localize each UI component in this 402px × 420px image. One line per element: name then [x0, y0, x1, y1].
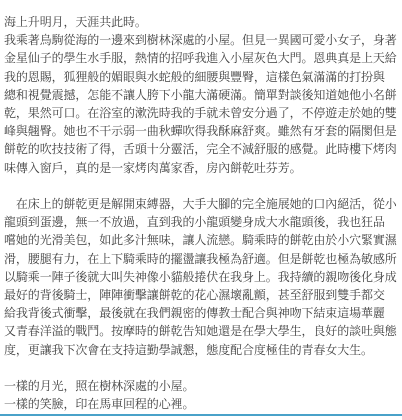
paragraph: 一樣的月光，照在樹林深處的小屋。一樣的笑臉，印在馬車回程的心裡。 [4, 377, 399, 413]
text-line: 我的恩賜，狐狸般的媚眼與水蛇般的細腰與豐臀，這樣色氣滿滿的打扮與 [4, 68, 399, 86]
text-line: 餅乾的吹技技術了得，舌頭十分靈活，完全不減舒服的感覺。此時樓下烤肉 [4, 140, 399, 158]
text-line: 峰與翹臀。她也不干示弱一曲秋蟬吹得我酥麻舒爽。雖然有牙套的隔閡但是 [4, 122, 399, 140]
text-line: 乾，果然可口。在浴室的漱洗時我的手就未曾安分過了，不停遊走於她的雙 [4, 104, 399, 122]
text-line: 滑，腰腿有力，在上下騎乘時的擺盪讓我極為舒適。但是餅乾也極為敏感所 [4, 250, 399, 268]
text-line: 我乘著烏駒從海的一邊來到樹林深處的小屋。但見一異國可愛小女子，身著 [4, 31, 399, 49]
paragraph: 海上升明月，天涯共此時。我乘著烏駒從海的一邊來到樹林深處的小屋。但見一異國可愛小… [4, 13, 399, 177]
text-line: 金星仙子的學生水手服，熱情的招呼我進入小屋灰色大門。恩典真是上天給 [4, 49, 399, 67]
text-line: 嚐她的光滑美包，如此多汁無味，讓人流戀。騎乘時的餅乾由於小穴緊實濕 [4, 231, 399, 249]
text-line: 給我背後式衝擊，最後就在我們親密的傳教士配合與神吻下結束這場華麗 [4, 304, 399, 322]
bottom-divider [0, 414, 402, 416]
text-line: 最好的背後騎士，陣陣衝擊讓餅乾的花心濕壞亂顫，甚至舒服到雙手都交 [4, 286, 399, 304]
text-line: 味傳入窗戶，真的是一家烤肉萬家香，房內餅乾吐芬芳。 [4, 159, 399, 177]
page: 海上升明月，天涯共此時。我乘著烏駒從海的一邊來到樹林深處的小屋。但見一異國可愛小… [0, 0, 402, 420]
text-line: 總和視覺震撼，怎能不讓人胯下小龍大滿硬滿。簡單對談後知道她他小名餅 [4, 86, 399, 104]
text-line: 海上升明月，天涯共此時。 [4, 13, 399, 31]
post-body: 海上升明月，天涯共此時。我乘著烏駒從海的一邊來到樹林深處的小屋。但見一異國可愛小… [0, 0, 402, 413]
text-line: 在床上的餅乾更是解開束縛器，大手大腳的完全施展她的口內絕活，從小 [4, 195, 399, 213]
paragraph: 在床上的餅乾更是解開束縛器，大手大腳的完全施展她的口內絕活，從小龍頭到蛋邊，無一… [4, 195, 399, 359]
text-line: 又青春洋溢的戰鬥。按摩時的餅乾告知她還是在學大學生，良好的談吐與態 [4, 322, 399, 340]
text-line: 一樣的笑臉，印在馬車回程的心裡。 [4, 395, 399, 413]
text-line: 度，更讓我下次會在支持這勤學誠懇，態度配合度極佳的青春女大生。 [4, 341, 399, 359]
text-line: 以騎乘一陣子後就大叫失神像小貓般捲伏在我身上。我持續的親吻後化身成 [4, 268, 399, 286]
text-line: 一樣的月光，照在樹林深處的小屋。 [4, 377, 399, 395]
text-line: 龍頭到蛋邊，無一不放過，直到我的小龍頭變身成大水龍頭後，我也狂品 [4, 213, 399, 231]
